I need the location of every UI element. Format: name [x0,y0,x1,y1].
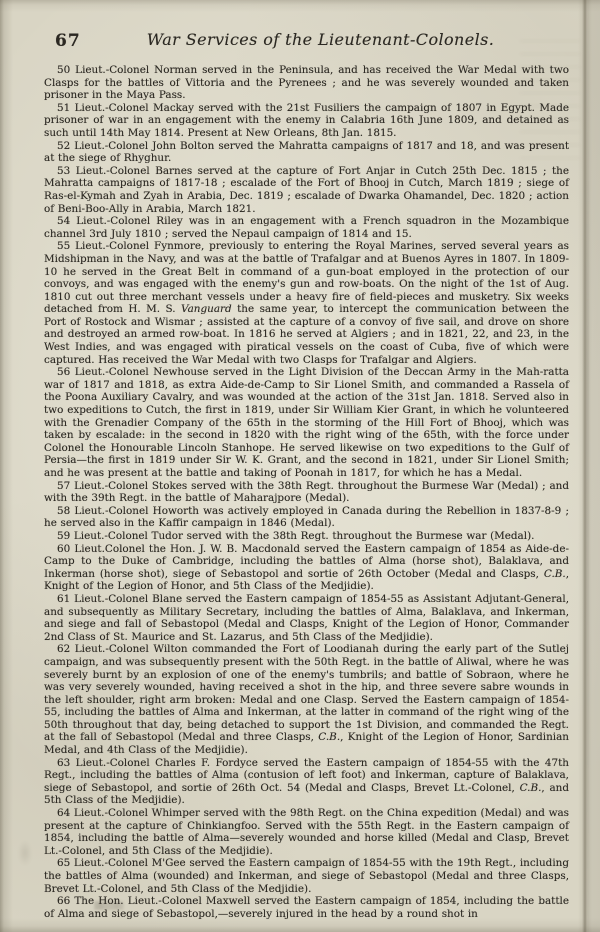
entry-text: 66 The Hon. Lieut.-Colonel Maxwell serve… [44,895,569,920]
service-entry-61: 61 Lieut.-Colonel Blane served the Easte… [44,593,569,643]
page-body: 50 Lieut.-Colonel Norman served in the P… [44,64,569,920]
page-edge-crease [586,0,589,932]
entry-text: 57 Lieut.-Colonel Stokes served with the… [44,480,569,505]
service-entry-64: 64 Lieut.-Colonel Whimper served with th… [44,807,569,857]
entry-text: 50 Lieut.-Colonel Norman served in the P… [44,64,569,101]
entry-text: 56 Lieut.-Colonel Newhouse served in the… [44,366,569,479]
scanned-book-page: 67 War Services of the Lieutenant-Colone… [0,0,600,932]
service-entry-59: 59 Lieut.-Colonel Tudor served with the … [44,530,569,543]
service-entry-65: 65 Lieut.-Colonel M'Gee served the Easte… [44,857,569,895]
italic-text: Vanguard [181,303,232,315]
service-entry-52: 52 Lieut.-Colonel John Bolton served the… [44,140,569,165]
entry-text: 52 Lieut.-Colonel John Bolton served the… [44,140,569,165]
entry-text: 51 Lieut.-Colonel Mackay served with the… [44,102,569,139]
service-entry-66: 66 The Hon. Lieut.-Colonel Maxwell serve… [44,895,569,920]
service-entry-58: 58 Lieut.-Colonel Howorth was actively e… [44,505,569,530]
page-header: 67 War Services of the Lieutenant-Colone… [44,29,569,64]
entry-text: 61 Lieut.-Colonel Blane served the Easte… [44,593,569,643]
entry-text: 63 Lieut.-Colonel Charles F. Fordyce ser… [44,757,569,794]
italic-text: C.B. [544,568,566,580]
scan-smudge [18,840,32,866]
entry-text: 64 Lieut.-Colonel Whimper served with th… [44,807,569,857]
service-entry-55: 55 Lieut.-Colonel Fynmore, previously to… [44,240,569,366]
entry-text: 65 Lieut.-Colonel M'Gee served the Easte… [44,857,569,894]
service-entry-60: 60 Lieut.Colonel the Hon. J. W. B. Macdo… [44,543,569,593]
service-entry-62: 62 Lieut.-Colonel Wilton commanded the F… [44,643,569,756]
service-entry-51: 51 Lieut.-Colonel Mackay served with the… [44,102,569,140]
italic-text: C.B. [318,731,340,743]
service-entry-50: 50 Lieut.-Colonel Norman served in the P… [44,64,569,102]
service-entry-57: 57 Lieut.-Colonel Stokes served with the… [44,480,569,505]
entry-text: 62 Lieut.-Colonel Wilton commanded the F… [44,643,569,743]
service-entry-53: 53 Lieut.-Colonel Barnes served at the c… [44,165,569,215]
service-entry-56: 56 Lieut.-Colonel Newhouse served in the… [44,366,569,479]
entry-text: 58 Lieut.-Colonel Howorth was actively e… [44,505,569,530]
entry-text: 53 Lieut.-Colonel Barnes served at the c… [44,165,569,215]
entry-text: 60 Lieut.Colonel the Hon. J. W. B. Macdo… [44,543,569,580]
entry-text: 54 Lieut.-Colonel Riley was in an engage… [44,215,569,240]
page-content: 67 War Services of the Lieutenant-Colone… [44,29,569,920]
service-entry-63: 63 Lieut.-Colonel Charles F. Fordyce ser… [44,757,569,807]
service-entry-54: 54 Lieut.-Colonel Riley was in an engage… [44,215,569,240]
page-title: War Services of the Lieutenant-Colonels. [44,30,569,49]
entry-text: 59 Lieut.-Colonel Tudor served with the … [57,530,534,542]
italic-text: C.B. [520,782,542,794]
